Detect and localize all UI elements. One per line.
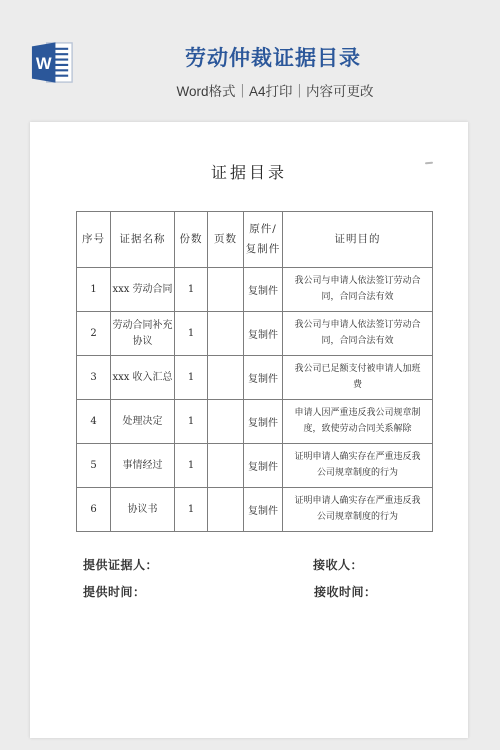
- document-page: 证据目录 序号证据名称份数页数原件/ 复制件证明目的 1xxx 劳动合同1复制件…: [30, 122, 468, 738]
- table-row: 5事情经过1复制件证明申请人确实存在严重违反我公司规章制度的行为: [77, 444, 433, 488]
- cell-copies: 1: [175, 400, 208, 444]
- table-row: 6协议书1复制件证明申请人确实存在严重违反我公司规章制度的行为: [77, 488, 433, 532]
- cell-no: 4: [77, 400, 111, 444]
- document-title: 证据目录: [30, 160, 468, 183]
- cell-no: 1: [77, 268, 111, 312]
- cell-pages: [208, 400, 244, 444]
- column-header: 页数: [208, 212, 244, 268]
- cell-pages: [208, 312, 244, 356]
- table-row: 4处理决定1复制件申请人因严重违反我公司规章制度，致使劳动合同关系解除: [77, 400, 433, 444]
- evidence-table: 序号证据名称份数页数原件/ 复制件证明目的 1xxx 劳动合同1复制件我公司与申…: [76, 211, 433, 532]
- cell-purpose: 我公司已足额支付被申请人加班费: [283, 356, 433, 400]
- cell-purpose: 证明申请人确实存在严重违反我公司规章制度的行为: [283, 444, 433, 488]
- provide-time-label: 提供时间：: [83, 583, 146, 600]
- cell-type: 复制件: [244, 400, 283, 444]
- screen: W 劳动仲裁证据目录 Word格式｜A4打印｜内容可更改 证据目录 序号证据名称…: [0, 0, 500, 750]
- cell-name: xxx 收入汇总: [111, 356, 175, 400]
- cell-no: 6: [77, 488, 111, 532]
- cell-name: 劳动合同补充协议: [111, 312, 175, 356]
- cell-pages: [208, 356, 244, 400]
- cell-pages: [208, 268, 244, 312]
- column-header: 份数: [175, 212, 208, 268]
- cell-pages: [208, 488, 244, 532]
- page-subtitle: Word格式｜A4打印｜内容可更改: [0, 80, 500, 100]
- table-row: 2劳动合同补充协议1复制件我公司与申请人依法签订劳动合同，合同合法有效: [77, 312, 433, 356]
- cell-no: 5: [77, 444, 111, 488]
- cell-type: 复制件: [244, 356, 283, 400]
- cell-purpose: 我公司与申请人依法签订劳动合同，合同合法有效: [283, 268, 433, 312]
- cell-copies: 1: [175, 312, 208, 356]
- table-header-row: 序号证据名称份数页数原件/ 复制件证明目的: [77, 212, 433, 268]
- cell-purpose: 证明申请人确实存在严重违反我公司规章制度的行为: [283, 488, 433, 532]
- cell-copies: 1: [175, 488, 208, 532]
- cell-name: xxx 劳动合同: [111, 268, 175, 312]
- cell-name: 事情经过: [111, 444, 175, 488]
- cell-type: 复制件: [244, 444, 283, 488]
- column-header: 序号: [77, 212, 111, 268]
- cell-pages: [208, 444, 244, 488]
- table-row: 1xxx 劳动合同1复制件我公司与申请人依法签订劳动合同，合同合法有效: [77, 268, 433, 312]
- column-header: 证据名称: [111, 212, 175, 268]
- receive-time-label: 接收时间：: [314, 583, 377, 600]
- page-title: 劳动仲裁证据目录: [0, 42, 500, 72]
- cell-type: 复制件: [244, 268, 283, 312]
- receiver-label: 接收人：: [313, 556, 363, 573]
- evidence-table-body: 1xxx 劳动合同1复制件我公司与申请人依法签订劳动合同，合同合法有效2劳动合同…: [77, 268, 433, 532]
- cell-purpose: 我公司与申请人依法签订劳动合同，合同合法有效: [283, 312, 433, 356]
- cell-copies: 1: [175, 268, 208, 312]
- table-row: 3xxx 收入汇总1复制件我公司已足额支付被申请人加班费: [77, 356, 433, 400]
- column-header: 证明目的: [283, 212, 433, 268]
- cell-type: 复制件: [244, 312, 283, 356]
- cell-copies: 1: [175, 444, 208, 488]
- cell-copies: 1: [175, 356, 208, 400]
- cell-name: 处理决定: [111, 400, 175, 444]
- provider-label: 提供证据人：: [83, 556, 158, 573]
- column-header: 原件/ 复制件: [244, 212, 283, 268]
- cell-name: 协议书: [111, 488, 175, 532]
- cell-no: 2: [77, 312, 111, 356]
- cell-no: 3: [77, 356, 111, 400]
- cell-type: 复制件: [244, 488, 283, 532]
- cell-purpose: 申请人因严重违反我公司规章制度，致使劳动合同关系解除: [283, 400, 433, 444]
